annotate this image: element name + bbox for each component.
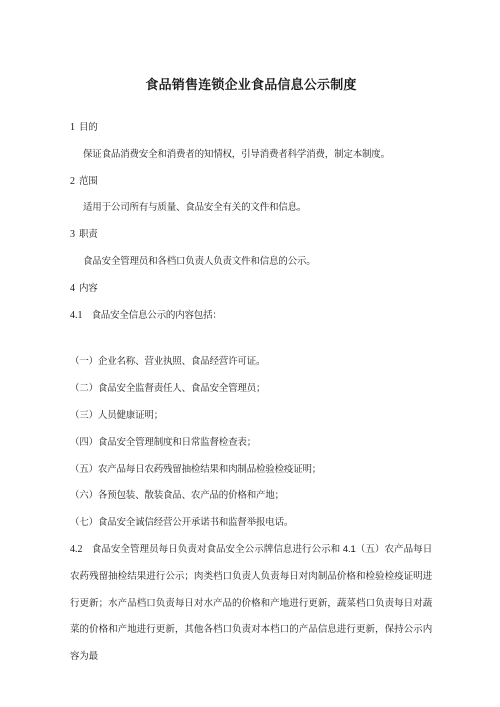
clause-text: 食品安全信息公示的内容包括： <box>92 310 222 321</box>
section-3-paragraph: 食品安全管理员和各档口负责人负责文件和信息的公示。 <box>70 249 432 276</box>
clause-4-2: 4.2食品安全管理员每日负责对食品安全公示牌信息进行公示和 4.1（五）农产品每… <box>70 537 432 671</box>
list-item: （四）食品安全管理制度和日常监督检查表； <box>70 430 432 457</box>
section-label: 范围 <box>79 176 98 187</box>
document-page: 食品销售连锁企业食品信息公示制度 1目的 保证食品消费安全和消费者的知情权，引导… <box>0 0 500 707</box>
section-number: 4 <box>70 283 75 294</box>
list-item: （二）食品安全监督责任人、食品安全管理员； <box>70 376 432 403</box>
section-label: 目的 <box>79 122 98 133</box>
section-1-paragraph: 保证食品消费安全和消费者的知情权，引导消费者科学消费，制定本制度。 <box>70 142 432 169</box>
clause-number: 4.1 <box>70 310 83 321</box>
list-item: （五）农产品每日农药残留抽检结果和肉制品检验检疫证明； <box>70 457 432 484</box>
clause-number: 4.2 <box>70 544 83 555</box>
section-number: 2 <box>70 176 75 187</box>
section-label: 内容 <box>79 283 98 294</box>
section-number: 1 <box>70 122 75 133</box>
list-item: （六）各预包装、散装食品、农产品的价格和产地； <box>70 483 432 510</box>
list-item: （七）食品安全诚信经营公开承诺书和监督举报电话。 <box>70 510 432 537</box>
section-heading-3: 3职责 <box>70 222 432 249</box>
list-item: （三）人员健康证明； <box>70 403 432 430</box>
section-label: 职责 <box>79 229 98 240</box>
section-heading-1: 1目的 <box>70 115 432 142</box>
clause-4-1: 4.1食品安全信息公示的内容包括： <box>70 303 432 330</box>
section-number: 3 <box>70 229 75 240</box>
section-heading-4: 4内容 <box>70 276 432 303</box>
clause-text: 食品安全管理员每日负责对食品安全公示牌信息进行公示和 4.1（五）农产品每日农药… <box>70 544 432 662</box>
list-item: （一）企业名称、营业执照、食品经营许可证。 <box>70 349 432 376</box>
section-2-paragraph: 适用于公司所有与质量、食品安全有关的文件和信息。 <box>70 195 432 222</box>
disclosure-items-list: （一）企业名称、营业执照、食品经营许可证。 （二）食品安全监督责任人、食品安全管… <box>70 349 432 537</box>
document-title: 食品销售连锁企业食品信息公示制度 <box>70 76 432 94</box>
section-heading-2: 2范围 <box>70 169 432 196</box>
